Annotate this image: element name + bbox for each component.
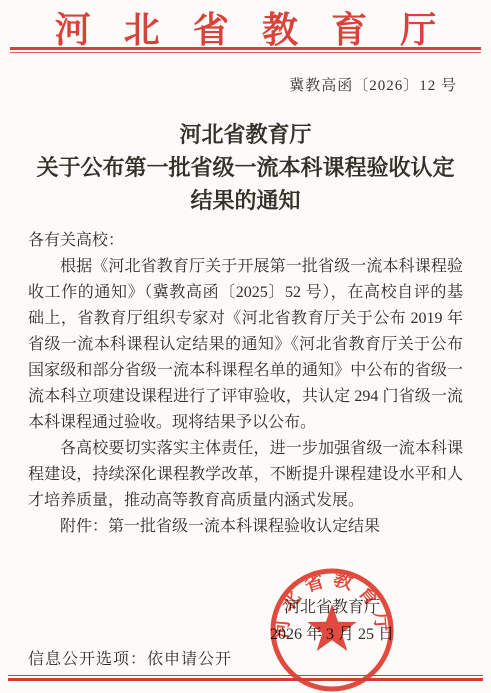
notice-body: 各有关高校： 根据《河北省教育厅关于开展第一批省级一流本科课程验收工作的通知》（… [28, 228, 463, 540]
letterhead-divider-thick-line [10, 47, 481, 50]
notice-title-line2: 关于公布第一批省级一流本科课程验收认定 [10, 151, 481, 184]
salutation: 各有关高校： [28, 228, 463, 254]
notice-title: 河北省教育厅 关于公布第一批省级一流本科课程验收认定 结果的通知 [10, 118, 481, 217]
signature-agency: 河北省教育厅 [252, 594, 412, 617]
footer-divider-thick-line [8, 678, 483, 681]
letterhead-agency-name: 河北省教育厅 [0, 2, 491, 53]
letterhead-divider-thin-line [10, 52, 481, 53]
letterhead-divider [10, 47, 481, 53]
attachment-line: 附件：第一批省级一流本科课程验收认定结果 [28, 514, 463, 540]
document-reference-number: 冀教高函〔2026〕12 号 [289, 74, 457, 95]
disclosure-note: 信息公开选项：依申请公开 [28, 646, 232, 669]
notice-title-line1: 河北省教育厅 [10, 118, 481, 151]
footer-divider [8, 675, 483, 681]
footer-divider-thin-line [8, 675, 483, 676]
body-paragraph-2: 各高校要切实落实主体责任，进一步加强省级一流本科课程建设，持续深化课程教学改革，… [28, 436, 463, 514]
signature-date: 2026 年 3 月 25 日 [240, 621, 424, 644]
notice-title-line3: 结果的通知 [10, 184, 481, 217]
body-paragraph-1: 根据《河北省教育厅关于开展第一批省级一流本科课程验收工作的通知》（冀教高函〔20… [28, 254, 463, 436]
official-document-page: 河北省教育厅 冀教高函〔2026〕12 号 河北省教育厅 关于公布第一批省级一流… [0, 0, 491, 693]
